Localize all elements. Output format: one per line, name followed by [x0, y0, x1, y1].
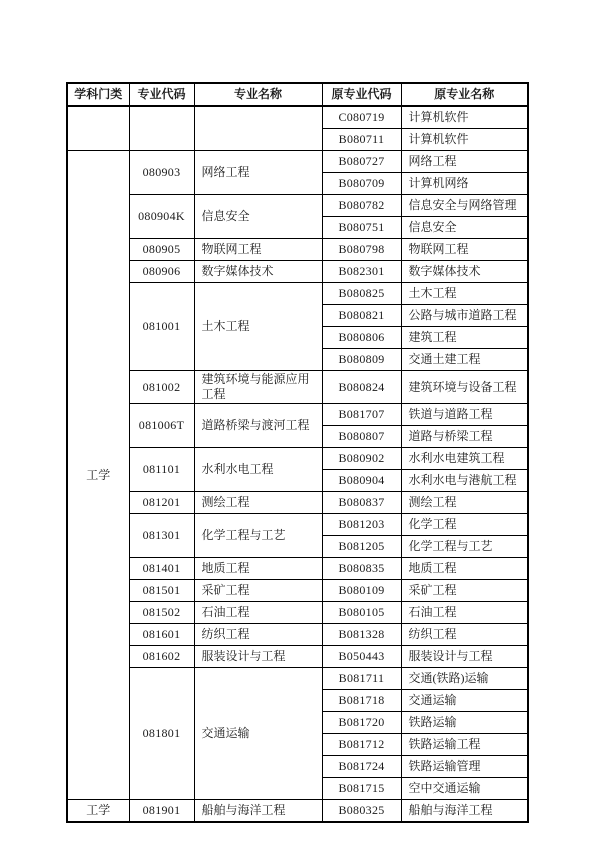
old-major-code-cell: B080798 [322, 239, 401, 261]
old-major-code-cell: B080902 [322, 448, 401, 470]
old-major-code-cell: C080719 [322, 106, 401, 129]
old-major-code-cell: B080807 [322, 426, 401, 448]
old-major-name-cell: 建筑工程 [401, 327, 528, 349]
major-name-cell: 地质工程 [194, 558, 322, 580]
old-major-code-cell: B081724 [322, 756, 401, 778]
old-major-code-cell: B080824 [322, 371, 401, 404]
major-name-cell [194, 106, 322, 151]
old-major-code-cell: B050443 [322, 646, 401, 668]
column-header: 原专业名称 [401, 83, 528, 106]
column-header: 专业代码 [129, 83, 194, 106]
table-row: 工学081901船舶与海洋工程B080325船舶与海洋工程 [67, 800, 528, 823]
table-row: 081801交通运输B081711交通(铁路)运输 [67, 668, 528, 690]
old-major-name-cell: 铁路运输管理 [401, 756, 528, 778]
table-row: 081001土木工程B080825土木工程 [67, 283, 528, 305]
old-major-name-cell: 化学工程 [401, 514, 528, 536]
table-row: 080906数字媒体技术B082301数字媒体技术 [67, 261, 528, 283]
old-major-code-cell: B080837 [322, 492, 401, 514]
major-name-cell: 纺织工程 [194, 624, 322, 646]
major-code-cell: 081901 [129, 800, 194, 823]
major-code-cell: 081602 [129, 646, 194, 668]
old-major-code-cell: B080109 [322, 580, 401, 602]
old-major-name-cell: 建筑环境与设备工程 [401, 371, 528, 404]
old-major-code-cell: B080825 [322, 283, 401, 305]
old-major-name-cell: 船舶与海洋工程 [401, 800, 528, 823]
category-cell [67, 106, 129, 151]
column-header: 学科门类 [67, 83, 129, 106]
old-major-code-cell: B080105 [322, 602, 401, 624]
old-major-code-cell: B080904 [322, 470, 401, 492]
old-major-name-cell: 信息安全与网络管理 [401, 195, 528, 217]
old-major-name-cell: 道路与桥梁工程 [401, 426, 528, 448]
old-major-name-cell: 水利水电建筑工程 [401, 448, 528, 470]
major-code-cell: 081502 [129, 602, 194, 624]
major-code-cell: 081601 [129, 624, 194, 646]
major-name-cell: 服装设计与工程 [194, 646, 322, 668]
major-code-cell: 080904K [129, 195, 194, 239]
old-major-code-cell: B080709 [322, 173, 401, 195]
old-major-name-cell: 信息安全 [401, 217, 528, 239]
table-row: C080719计算机软件 [67, 106, 528, 129]
old-major-name-cell: 测绘工程 [401, 492, 528, 514]
major-code-cell: 081501 [129, 580, 194, 602]
old-major-name-cell: 交通(铁路)运输 [401, 668, 528, 690]
major-code-cell: 081002 [129, 371, 194, 404]
major-code-cell: 081801 [129, 668, 194, 800]
major-name-cell: 测绘工程 [194, 492, 322, 514]
table-row: 081501采矿工程B080109采矿工程 [67, 580, 528, 602]
old-major-name-cell: 物联网工程 [401, 239, 528, 261]
old-major-code-cell: B081203 [322, 514, 401, 536]
table-row: 081201测绘工程B080837测绘工程 [67, 492, 528, 514]
old-major-code-cell: B081328 [322, 624, 401, 646]
table-row: 081006T道路桥梁与渡河工程B081707铁道与道路工程 [67, 404, 528, 426]
old-major-name-cell: 地质工程 [401, 558, 528, 580]
old-major-name-cell: 采矿工程 [401, 580, 528, 602]
old-major-name-cell: 服装设计与工程 [401, 646, 528, 668]
old-major-name-cell: 交通土建工程 [401, 349, 528, 371]
table-row: 081601纺织工程B081328纺织工程 [67, 624, 528, 646]
old-major-code-cell: B080751 [322, 217, 401, 239]
table-row: 080904K信息安全B080782信息安全与网络管理 [67, 195, 528, 217]
old-major-name-cell: 铁路运输工程 [401, 734, 528, 756]
old-major-code-cell: B080809 [322, 349, 401, 371]
major-name-cell: 采矿工程 [194, 580, 322, 602]
table-row: 080905物联网工程B080798物联网工程 [67, 239, 528, 261]
major-name-cell: 建筑环境与能源应用工程 [194, 371, 322, 404]
old-major-name-cell: 化学工程与工艺 [401, 536, 528, 558]
major-name-cell: 信息安全 [194, 195, 322, 239]
table-row: 工学080903网络工程B080727网络工程 [67, 151, 528, 173]
old-major-name-cell: 计算机软件 [401, 129, 528, 151]
major-code-cell: 080905 [129, 239, 194, 261]
table-row: 081301化学工程与工艺B081203化学工程 [67, 514, 528, 536]
old-major-name-cell: 水利水电与港航工程 [401, 470, 528, 492]
table-row: 081602服装设计与工程B050443服装设计与工程 [67, 646, 528, 668]
category-cell: 工学 [67, 800, 129, 823]
major-code-cell: 081301 [129, 514, 194, 558]
major-name-cell: 交通运输 [194, 668, 322, 800]
major-code-cell: 081001 [129, 283, 194, 371]
major-code-conversion-table: 学科门类专业代码专业名称原专业代码原专业名称 C080719计算机软件B0807… [66, 82, 529, 823]
major-code-cell: 080903 [129, 151, 194, 195]
old-major-code-cell: B080325 [322, 800, 401, 823]
major-name-cell: 网络工程 [194, 151, 322, 195]
major-code-cell: 081201 [129, 492, 194, 514]
table-body: C080719计算机软件B080711计算机软件工学080903网络工程B080… [67, 106, 528, 822]
old-major-code-cell: B081715 [322, 778, 401, 800]
old-major-code-cell: B081205 [322, 536, 401, 558]
column-header: 专业名称 [194, 83, 322, 106]
old-major-code-cell: B082301 [322, 261, 401, 283]
old-major-name-cell: 公路与城市道路工程 [401, 305, 528, 327]
old-major-code-cell: B081720 [322, 712, 401, 734]
table-row: 081502石油工程B080105石油工程 [67, 602, 528, 624]
table-row: 081401地质工程B080835地质工程 [67, 558, 528, 580]
major-name-cell: 数字媒体技术 [194, 261, 322, 283]
old-major-code-cell: B080835 [322, 558, 401, 580]
old-major-code-cell: B081718 [322, 690, 401, 712]
old-major-name-cell: 计算机网络 [401, 173, 528, 195]
table-header-row: 学科门类专业代码专业名称原专业代码原专业名称 [67, 83, 528, 106]
old-major-name-cell: 石油工程 [401, 602, 528, 624]
major-name-cell: 石油工程 [194, 602, 322, 624]
old-major-code-cell: B080821 [322, 305, 401, 327]
major-code-cell: 081401 [129, 558, 194, 580]
table-row: 081002建筑环境与能源应用工程B080824建筑环境与设备工程 [67, 371, 528, 404]
major-code-cell [129, 106, 194, 151]
column-header: 原专业代码 [322, 83, 401, 106]
old-major-code-cell: B081712 [322, 734, 401, 756]
major-code-cell: 080906 [129, 261, 194, 283]
old-major-name-cell: 铁道与道路工程 [401, 404, 528, 426]
old-major-name-cell: 土木工程 [401, 283, 528, 305]
old-major-name-cell: 交通运输 [401, 690, 528, 712]
major-code-cell: 081006T [129, 404, 194, 448]
major-name-cell: 化学工程与工艺 [194, 514, 322, 558]
document-page: 学科门类专业代码专业名称原专业代码原专业名称 C080719计算机软件B0807… [0, 0, 595, 841]
old-major-code-cell: B080711 [322, 129, 401, 151]
old-major-name-cell: 数字媒体技术 [401, 261, 528, 283]
old-major-code-cell: B081711 [322, 668, 401, 690]
table-row: 081101水利水电工程B080902水利水电建筑工程 [67, 448, 528, 470]
major-code-cell: 081101 [129, 448, 194, 492]
old-major-code-cell: B080782 [322, 195, 401, 217]
major-name-cell: 物联网工程 [194, 239, 322, 261]
old-major-name-cell: 网络工程 [401, 151, 528, 173]
major-name-cell: 土木工程 [194, 283, 322, 371]
old-major-name-cell: 铁路运输 [401, 712, 528, 734]
old-major-name-cell: 纺织工程 [401, 624, 528, 646]
major-name-cell: 船舶与海洋工程 [194, 800, 322, 823]
old-major-code-cell: B081707 [322, 404, 401, 426]
old-major-code-cell: B080806 [322, 327, 401, 349]
old-major-code-cell: B080727 [322, 151, 401, 173]
major-name-cell: 道路桥梁与渡河工程 [194, 404, 322, 448]
old-major-name-cell: 空中交通运输 [401, 778, 528, 800]
old-major-name-cell: 计算机软件 [401, 106, 528, 129]
major-name-cell: 水利水电工程 [194, 448, 322, 492]
category-cell: 工学 [67, 151, 129, 800]
